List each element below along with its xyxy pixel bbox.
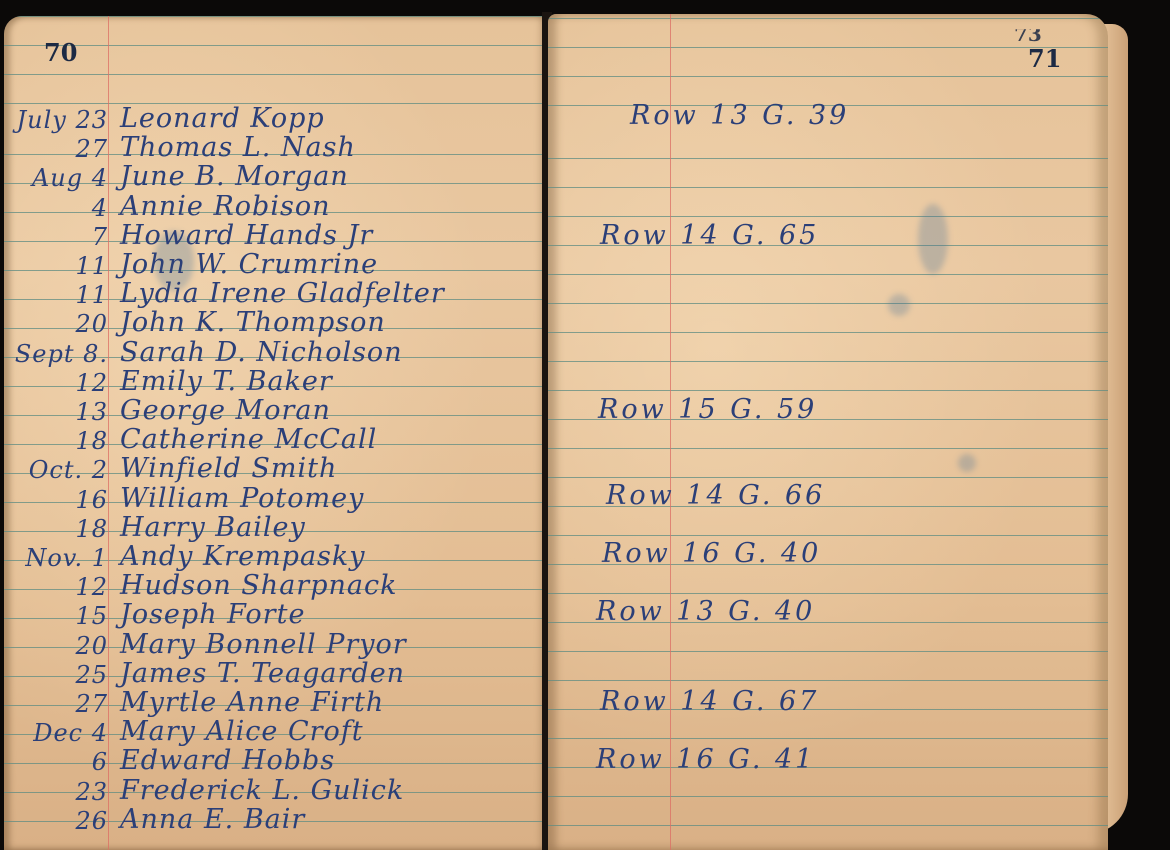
grave-location-entry: Row 14 G. 65: [600, 220, 819, 251]
entry-date: 18: [4, 515, 108, 543]
entry-name: Hudson Sharpnack: [120, 570, 397, 601]
entry-date: 15: [4, 602, 108, 630]
entry-date: July 23: [4, 106, 108, 134]
entry-name: Myrtle Anne Firth: [120, 687, 384, 718]
entry-date: 13: [4, 398, 108, 426]
entry-date: Aug 4: [4, 164, 108, 192]
grave-location-entry: Row 15 G. 59: [598, 394, 817, 425]
entry-name: Mary Alice Croft: [120, 716, 364, 747]
entry-date: 4: [4, 194, 108, 222]
entry-name: Sarah D. Nicholson: [120, 337, 403, 368]
entry-date: 26: [4, 807, 108, 835]
entry-date: Dec 4: [4, 719, 108, 747]
entry-name: Emily T. Baker: [120, 366, 333, 397]
entry-date: Sept 8.: [4, 340, 108, 368]
entry-date: 11: [4, 281, 108, 309]
ink-stain: [918, 204, 948, 274]
entry-date: 11: [4, 252, 108, 280]
entry-name: Catherine McCall: [120, 424, 377, 455]
entry-name: George Moran: [120, 395, 331, 426]
left-page: 70 July 23Leonard Kopp27Thomas L. NashAu…: [4, 16, 548, 850]
entry-name: Andy Krempasky: [120, 541, 366, 572]
page-number-left: 70: [44, 38, 77, 67]
entry-name: Anna E. Bair: [120, 804, 305, 835]
entry-name: Mary Bonnell Pryor: [120, 629, 407, 660]
entry-date: 27: [4, 135, 108, 163]
entry-name: Joseph Forte: [120, 599, 305, 630]
grave-location-entry: Row 16 G. 40: [602, 538, 821, 569]
entry-name: Harry Bailey: [120, 512, 306, 543]
entry-name: Howard Hands Jr: [120, 220, 373, 251]
entry-date: Nov. 1: [4, 544, 108, 572]
entry-date: 27: [4, 690, 108, 718]
entry-name: June B. Morgan: [120, 161, 349, 192]
entry-date: 25: [4, 661, 108, 689]
entry-date: 18: [4, 427, 108, 455]
entry-name: William Potomey: [120, 483, 364, 514]
margin-line: [108, 16, 109, 850]
margin-line: [670, 14, 671, 850]
right-page: 73 71 Row 13 G. 39 Row 14 G. 65 Row 15 G…: [548, 14, 1108, 850]
entry-name: Annie Robison: [120, 191, 330, 222]
ink-stain: [888, 294, 910, 316]
grave-location-entry: Row 14 G. 66: [606, 480, 825, 511]
page-number-right: 71: [1028, 44, 1061, 73]
entry-date: 16: [4, 486, 108, 514]
entry-name: Leonard Kopp: [120, 103, 325, 134]
entry-date: 12: [4, 573, 108, 601]
entry-name: John W. Crumrine: [120, 249, 378, 280]
entry-date: 12: [4, 369, 108, 397]
grave-location-entry: Row 13 G. 39: [630, 100, 849, 131]
ruled-lines: [548, 14, 1108, 850]
entry-date: 7: [4, 223, 108, 251]
entry-date: 23: [4, 778, 108, 806]
entry-date: 20: [4, 310, 108, 338]
entry-name: Frederick L. Gulick: [120, 775, 404, 806]
entry-name: John K. Thompson: [120, 307, 386, 338]
entry-name: Edward Hobbs: [120, 745, 335, 776]
entry-name: James T. Teagarden: [120, 658, 405, 689]
entry-date: 6: [4, 748, 108, 776]
grave-location-entry: Row 14 G. 67: [600, 686, 819, 717]
entry-name: Lydia Irene Gladfelter: [120, 278, 445, 309]
grave-location-entry: Row 13 G. 40: [596, 596, 815, 627]
entry-name: Thomas L. Nash: [120, 132, 356, 163]
ink-stain: [958, 454, 976, 472]
entry-date: Oct. 2: [4, 456, 108, 484]
grave-location-entry: Row 16 G. 41: [596, 744, 815, 775]
entry-date: 20: [4, 632, 108, 660]
entry-name: Winfield Smith: [120, 453, 337, 484]
